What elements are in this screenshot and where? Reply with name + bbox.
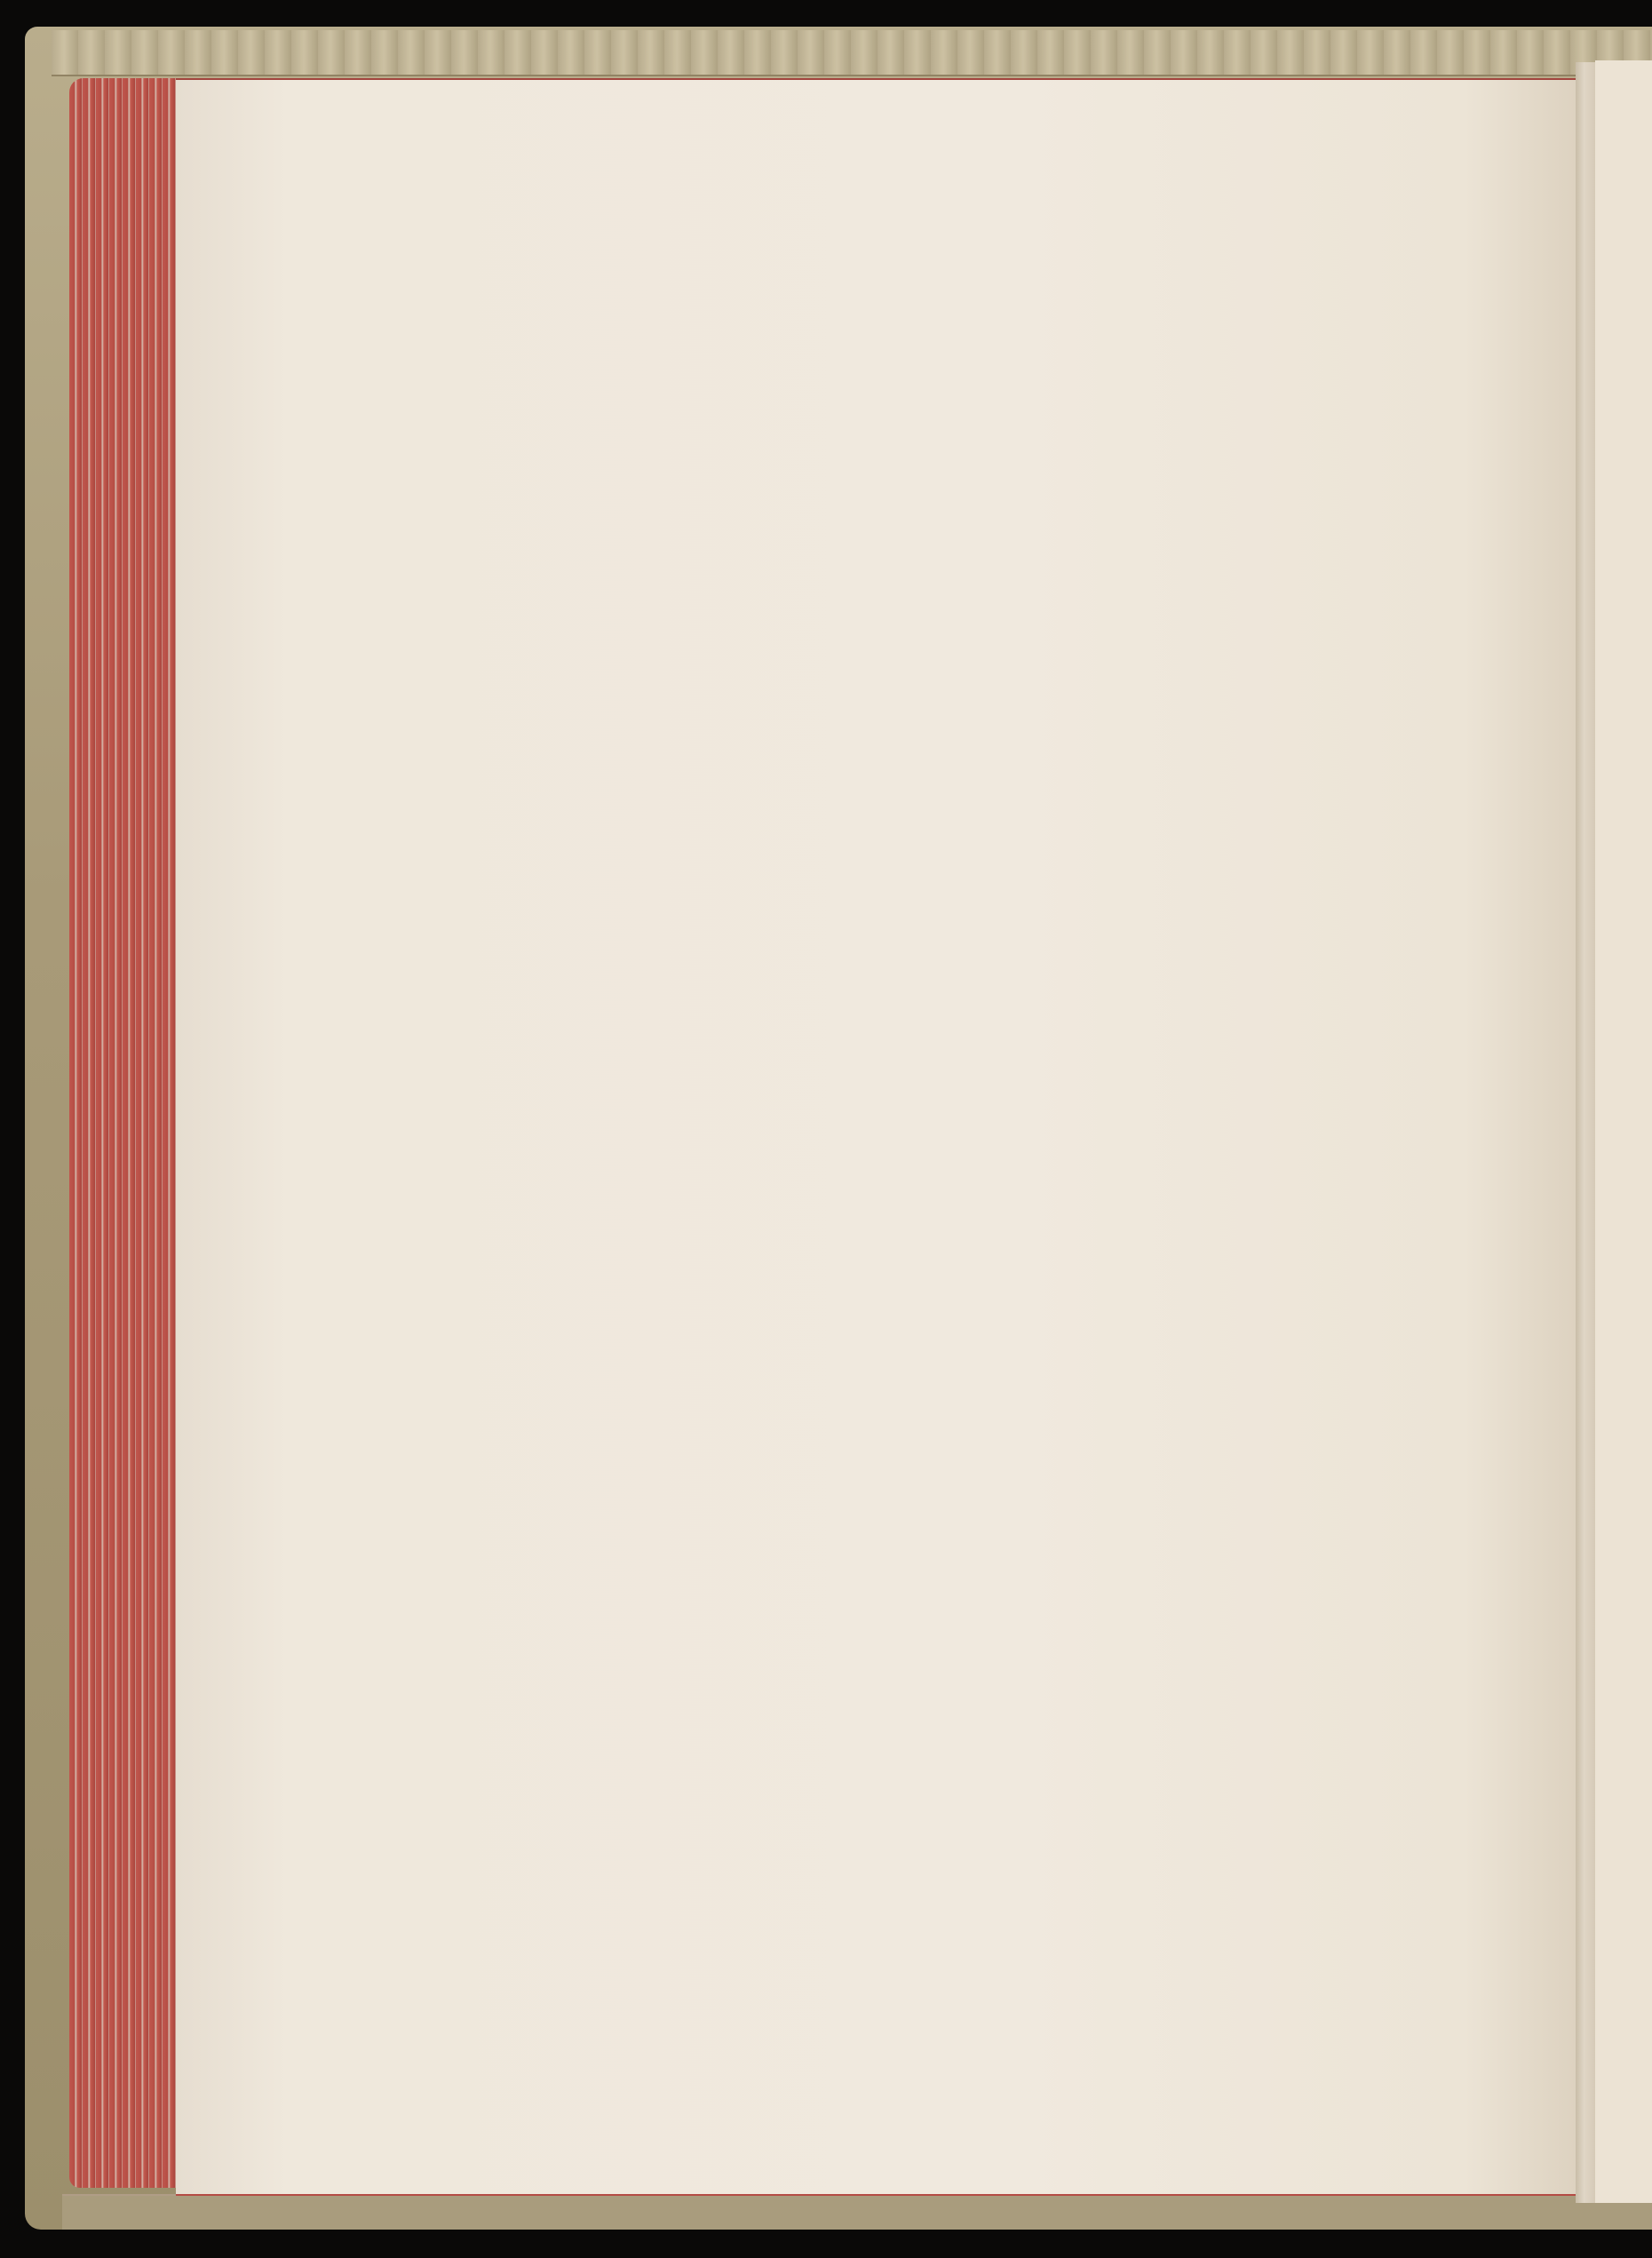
left-page: [176, 78, 1576, 2196]
facing-right-page: [1595, 60, 1652, 2203]
book-gutter: [1576, 62, 1597, 2203]
red-stained-page-edges: [69, 78, 178, 2188]
binding-top-edge: [52, 30, 1652, 76]
binding-bottom-edge: [62, 2194, 1652, 2230]
